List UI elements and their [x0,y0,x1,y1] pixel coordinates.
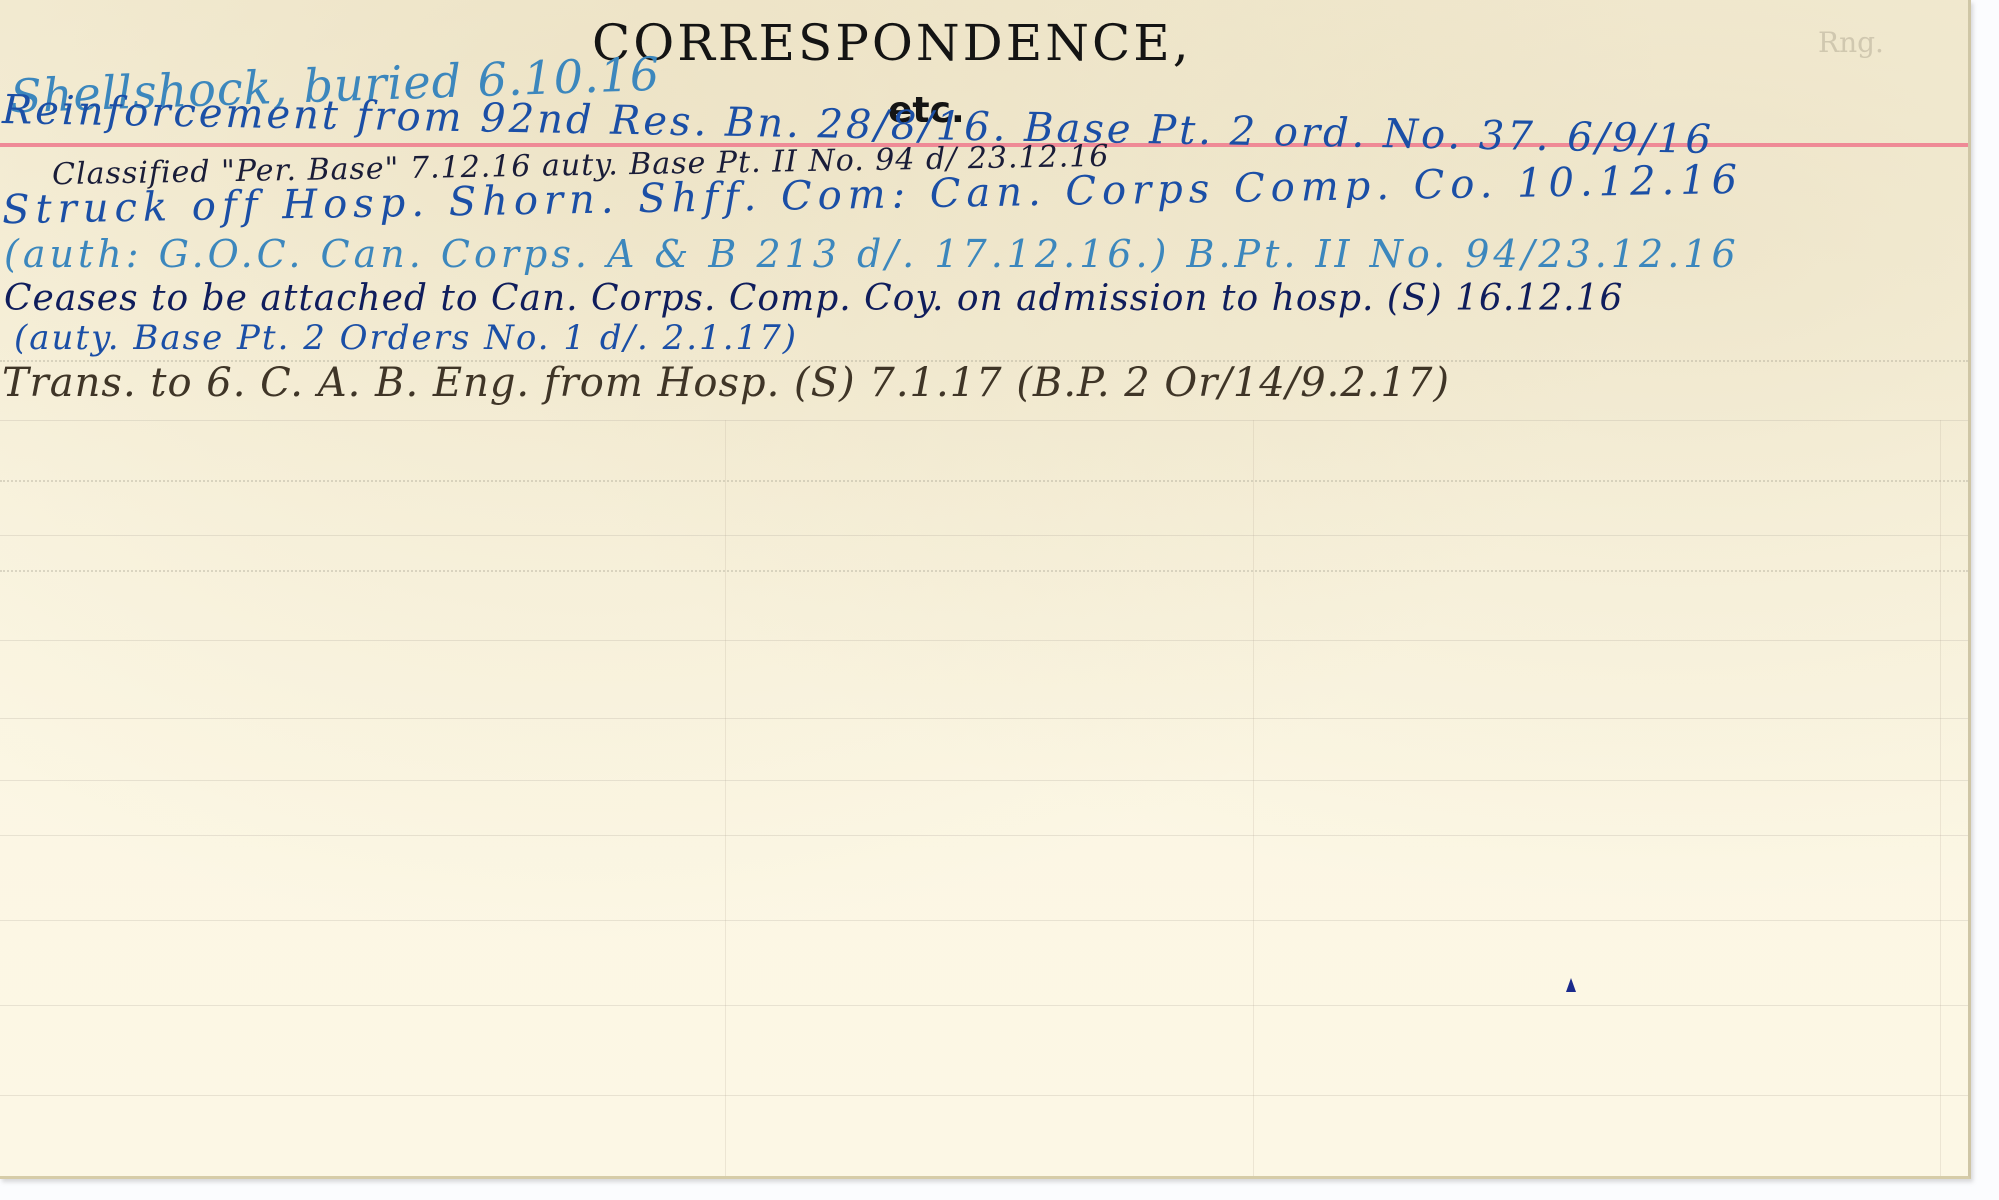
dotted-rule [0,570,1968,573]
card-heading: CORRESPONDENCE, [592,14,1192,72]
rule [0,420,1968,421]
entry-transfer: Trans. to 6. C. A. B. Eng. from Hosp. (S… [2,360,1450,406]
rule [0,780,1968,781]
faint-printed-mark: Rng. [1818,26,1884,59]
dotted-rule [0,480,1968,483]
ink-mark [1566,978,1576,992]
rule [0,1095,1968,1096]
rule [0,1005,1968,1006]
rule [0,835,1968,836]
rule [0,718,1968,719]
column-line [1940,420,1941,1176]
rule [0,920,1968,921]
entry-authority-goc: (auth: G.O.C. Can. Corps. A & B 213 d/. … [4,232,1740,276]
column-line [1253,420,1254,1176]
entry-ceases-attached: Ceases to be attached to Can. Corps. Com… [4,278,1623,319]
rule [0,640,1968,641]
entry-base-orders: (auty. Base Pt. 2 Orders No. 1 d/. 2.1.1… [14,318,798,358]
record-card: Rng. CORRESPONDENCE, etc. Shellshock, bu… [0,0,1971,1179]
column-line [725,420,726,1176]
rule [0,535,1968,536]
